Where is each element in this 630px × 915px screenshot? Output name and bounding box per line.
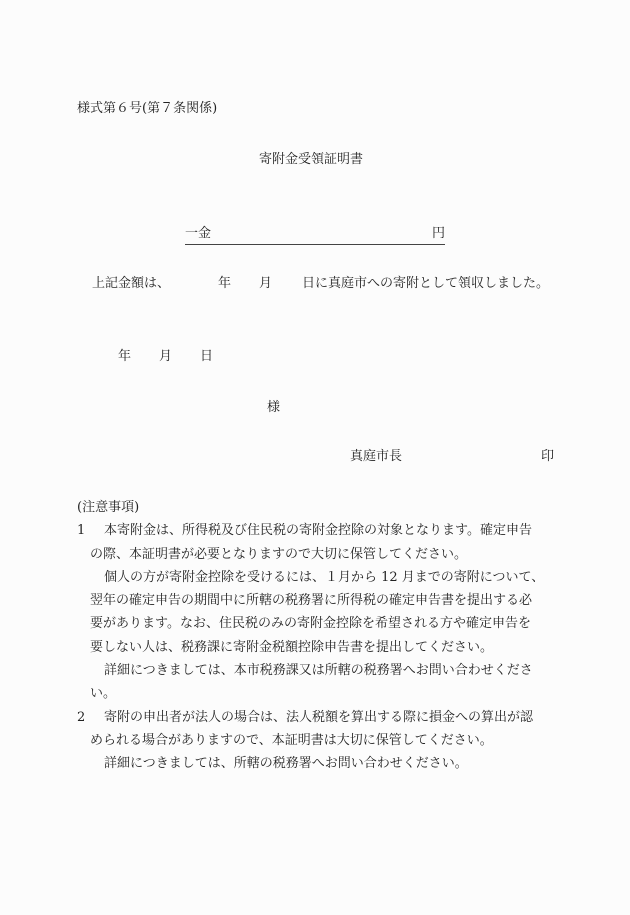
seal-mark: 印 <box>541 449 554 465</box>
issue-year-label: 年 <box>118 349 131 365</box>
form-number: 様式第６号(第７条関係) <box>77 101 217 117</box>
received-statement: 上記金額は、年月日に真庭市への寄附として領収しました。 <box>92 276 549 292</box>
note-1-line: 翌年の確定申告の期間中に所轄の税務署に所得税の確定申告書を提出する必 <box>77 589 557 612</box>
issue-month-label: 月 <box>159 349 172 365</box>
note-number: 1 <box>77 519 104 542</box>
received-year-label: 年 <box>218 276 231 292</box>
note-1-line: の際、本証明書が必要となりますので大切に保管してください。 <box>77 543 557 566</box>
received-month-label: 月 <box>259 276 272 292</box>
note-1-line: い。 <box>77 682 557 705</box>
note-number: 2 <box>77 706 104 729</box>
note-2-line: められる場合がありますので、本証明書は大切に保管してください。 <box>77 729 557 752</box>
note-1-line: 要があります。なお、住民税のみの寄附金控除を希望される方や確定申告を <box>77 612 557 635</box>
amount-prefix: 一金 <box>185 226 211 242</box>
received-day-and-text: 日に真庭市への寄附として領収しました。 <box>302 276 549 292</box>
issue-date: 年月日 <box>118 349 213 365</box>
note-1-line: 詳細につきましては、本市税務課又は所轄の税務署へお問い合わせくださ <box>77 659 557 682</box>
recipient-honorific: 様 <box>267 400 280 416</box>
note-1-line: 1本寄附金は、所得税及び住民税の寄附金控除の対象となります。確定申告 <box>77 519 557 542</box>
document-title: 寄附金受領証明書 <box>259 152 363 168</box>
notes-section: (注意事項) 1本寄附金は、所得税及び住民税の寄附金控除の対象となります。確定申… <box>77 496 557 776</box>
received-lead: 上記金額は、 <box>92 276 170 292</box>
note-2-line: 詳細につきましては、所轄の税務署へお問い合わせください。 <box>77 752 557 775</box>
amount-currency-unit: 円 <box>432 226 445 242</box>
issue-day-label: 日 <box>200 349 213 365</box>
note-2-line: 2寄附の申出者が法人の場合は、法人税額を算出する際に損金への算出が認 <box>77 706 557 729</box>
issuer-name: 真庭市長 <box>350 449 402 465</box>
amount-field: 一金 円 <box>185 226 445 245</box>
notes-heading: (注意事項) <box>77 496 557 519</box>
note-1-line: 個人の方が寄附金控除を受けるには、１月から 12 月までの寄附について、 <box>77 566 557 589</box>
note-1-line: 要しない人は、税務課に寄附金税額控除申告書を提出してください。 <box>77 636 557 659</box>
